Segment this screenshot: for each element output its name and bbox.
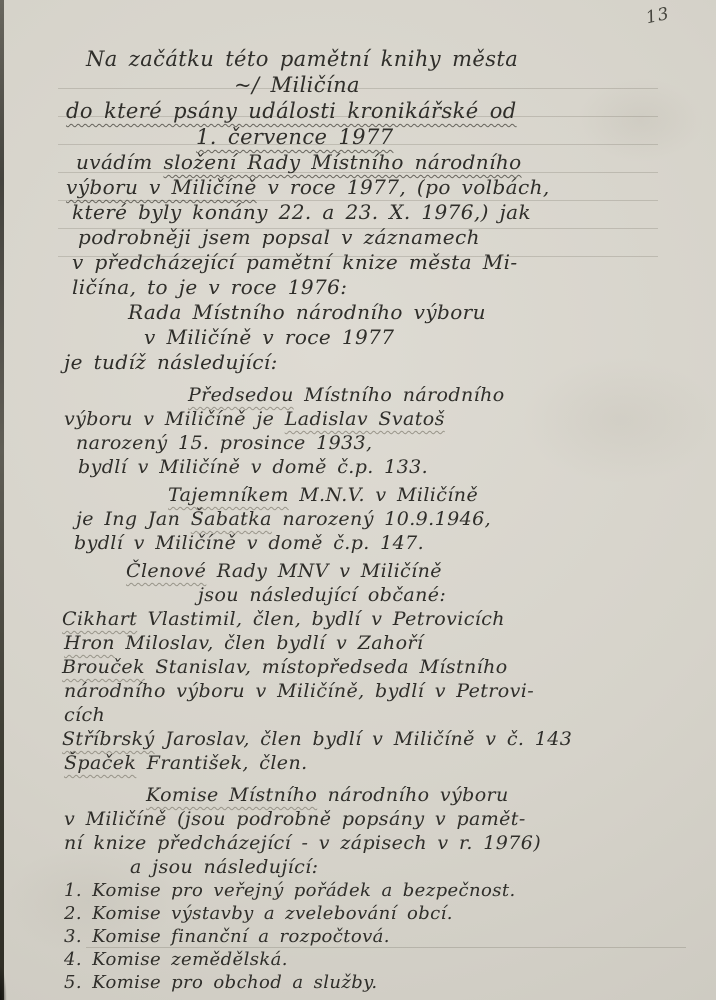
text-segment: Cikhart [62,608,137,630]
handwritten-line: v Miličíně v roce 1977 [144,325,680,350]
text-segment: František, člen. [136,752,307,774]
text-segment: Šabatka [191,508,272,530]
handwritten-line: Brouček Stanislav, místopředseda Místníh… [62,655,680,679]
text-segment: bydlí v Miličíně v domě č.p. 147. [74,532,424,554]
text-segment: je tudíž následující: [64,350,278,374]
handwritten-line: 3. Komise finanční a rozpočtová. [64,925,680,948]
text-segment: a jsou následující: [130,856,318,878]
text-segment: Členové [126,560,206,582]
handwritten-line: Předsedou Místního národního [188,383,680,407]
text-segment: v roce 1977, (po volbách, [257,175,550,199]
handwritten-line: výboru v Miličíně v roce 1977, (po volbá… [66,175,680,200]
text-segment: ličína, to je v roce 1976: [72,275,347,299]
text-segment: Stanislav, místopředseda Místního [145,656,508,678]
handwritten-line: národního výboru v Miličíně, bydlí v Pet… [64,679,680,703]
handwritten-line: a jsou následující: [130,855,680,879]
text-segment: do které psány události kronikářské od [66,99,517,123]
handwritten-line: výboru v Miličíně je Ladislav Svatoš [64,407,680,431]
handwritten-text-block: Na začátku této pamětní knihy města~/ Mi… [62,46,680,994]
text-segment: Rada Místního národního výboru [128,300,486,324]
handwritten-line: Komise Místního národního výboru [146,783,680,807]
text-segment: Místního národního [294,384,505,406]
handwritten-line: do které psány události kronikářské od [66,98,680,124]
text-segment: v Miličíně (jsou podrobně popsány v pamě… [64,808,526,830]
text-segment: výboru v Miličíně je [64,408,285,430]
text-segment: Rady MNV v Miličíně [206,560,442,582]
handwritten-line: 4. Komise zemědělská. [64,948,680,971]
text-segment: uvádím [76,150,163,174]
handwritten-line: podrobněji jsem popsal v záznamech [78,225,680,250]
text-segment: Komise Místního [146,784,317,806]
text-segment: ~/ Miličína [234,73,360,97]
text-segment: narozený 10.9.1946, [272,508,491,530]
text-segment: M.N.V. v Miličíně [289,484,478,506]
handwritten-line: ličína, to je v roce 1976: [72,275,680,300]
text-segment: bydlí v Miličíně v domě č.p. 133. [78,456,428,478]
text-segment: Jaroslav, člen bydlí v Miličíně v č. 143 [155,728,573,750]
text-segment: jsou následující občané: [198,584,446,606]
text-segment: Špaček [64,752,136,774]
text-segment: Brouček [62,656,145,678]
text-segment: Hron [64,632,115,654]
text-segment: v předcházející pamětní knize města Mi- [72,250,518,274]
handwritten-line: cích [64,703,680,727]
handwritten-line: které byly konány 22. a 23. X. 1976,) ja… [72,200,680,225]
handwritten-line: Tajemníkem M.N.V. v Miličíně [168,483,680,507]
handwritten-line: je tudíž následující: [64,350,680,375]
text-segment: které byly konány 22. a 23. X. 1976,) ja… [72,200,531,224]
scan-edge-corner [0,954,9,1000]
text-segment: 3. Komise finanční a rozpočtová. [64,926,390,947]
text-segment: národního výboru [317,784,509,806]
text-segment: 5. Komise pro obchod a služby. [64,972,377,993]
page-number: 13 [645,4,672,28]
handwritten-line: Členové Rady MNV v Miličíně [126,559,680,583]
text-segment: Stříbrský [62,728,155,750]
text-segment: podrobněji jsem popsal v záznamech [78,225,480,249]
text-segment: výboru v Miličíně [66,175,257,199]
handwritten-line: jsou následující občané: [198,583,680,607]
handwritten-line: 1. Komise pro veřejný pořádek a bezpečno… [64,879,680,902]
text-segment: narozený 15. prosince 1933, [76,432,372,454]
handwritten-line: je Ing Jan Šabatka narozený 10.9.1946, [76,507,680,531]
text-segment: 4. Komise zemědělská. [64,949,288,970]
text-segment: 2. Komise výstavby a zvelebování obcí. [64,903,453,924]
text-segment: Ladislav Svatoš [285,408,445,430]
text-segment: národního výboru v Miličíně, bydlí v Pet… [64,680,534,702]
text-segment: Na začátku této pamětní knihy města [86,47,518,71]
scan-edge-left [0,0,4,1000]
handwritten-line: narozený 15. prosince 1933, [76,431,680,455]
chronicle-page: 13 Na začátku této pamětní knihy města~/… [0,0,716,1000]
handwritten-line: 1. července 1977 [196,124,680,150]
text-segment: Tajemníkem [168,484,289,506]
text-segment: je Ing Jan [76,508,191,530]
text-segment: v Miličíně v roce 1977 [144,325,394,349]
text-segment: Vlastimil, člen, bydlí v Petrovicích [137,608,505,630]
text-segment: 1. července 1977 [196,125,393,149]
text-segment: Předsedou [188,384,294,406]
handwritten-line: v Miličíně (jsou podrobně popsány v pamě… [64,807,680,831]
handwritten-line: bydlí v Miličíně v domě č.p. 133. [78,455,680,479]
handwritten-line: uvádím složení Rady Místního národního [76,150,680,175]
handwritten-line: Rada Místního národního výboru [128,300,680,325]
handwritten-line: 5. Komise pro obchod a služby. [64,971,680,994]
handwritten-line: 2. Komise výstavby a zvelebování obcí. [64,902,680,925]
text-segment: ní knize předcházející - v zápisech v r.… [64,832,541,854]
handwritten-line: v předcházející pamětní knize města Mi- [72,250,680,275]
text-segment: složení Rady Místního národního [163,150,521,174]
handwritten-line: Hron Miloslav, člen bydlí v Zahoří [64,631,680,655]
handwritten-line: ~/ Miličína [234,72,680,98]
text-segment: cích [64,704,105,726]
handwritten-line: ní knize předcházející - v zápisech v r.… [64,831,680,855]
handwritten-line: bydlí v Miličíně v domě č.p. 147. [74,531,680,555]
text-segment: Miloslav, člen bydlí v Zahoří [115,632,423,654]
handwritten-line: Stříbrský Jaroslav, člen bydlí v Miličín… [62,727,680,751]
handwritten-line: Špaček František, člen. [64,751,680,775]
text-segment: 1. Komise pro veřejný pořádek a bezpečno… [64,880,516,901]
handwritten-line: Na začátku této pamětní knihy města [86,46,680,72]
handwritten-line: Cikhart Vlastimil, člen, bydlí v Petrovi… [62,607,680,631]
